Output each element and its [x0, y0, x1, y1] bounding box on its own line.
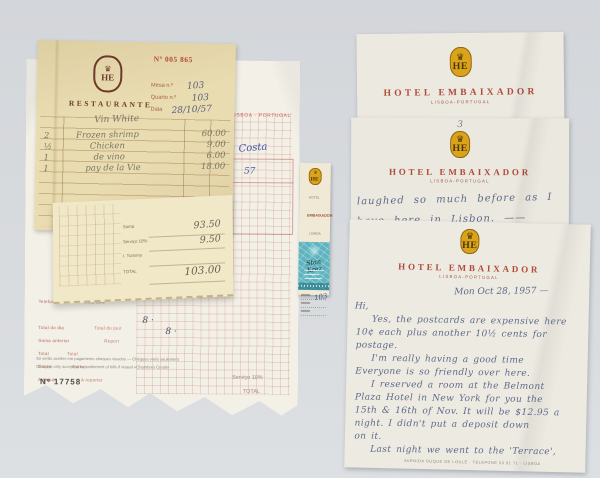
monogram: HE — [462, 241, 478, 251]
fine-print-line: Cheques only accepted for settlement of … — [36, 365, 185, 371]
tag-text: HOTEL — [309, 196, 320, 199]
item-qty: 1 — [44, 153, 50, 163]
monogram: HE — [311, 177, 319, 183]
tag-hotel-word: HOTEL — [299, 186, 330, 204]
label-fr: A reporter — [81, 377, 103, 382]
item-desc: de vino — [93, 152, 124, 162]
totals-label: Soma — [123, 225, 134, 230]
item-price: 9.00 — [184, 140, 226, 151]
form-serial-number: Nº 17758 — [40, 377, 81, 386]
tiny-text-line — [304, 274, 319, 275]
tiny-text-line — [304, 278, 322, 279]
item-qty: 1 — [43, 164, 49, 174]
bill-heading-note: Vin White — [94, 114, 139, 125]
grid-handwritten-figure: 8 · — [165, 327, 177, 337]
restaurant-crest-icon: ♛ HE — [93, 55, 123, 93]
letterhead-sheet-letter: ♛ HE HOTEL EMBAIXADOR LISBOA-PORTUGAL Mo… — [344, 219, 591, 472]
letterhead-title: HOTEL EMBAIXADOR — [349, 260, 590, 275]
letterhead-title: HOTEL EMBAIXADOR — [351, 167, 569, 178]
totals-label: Serviço 10% — [123, 239, 147, 244]
item-qty: ½ — [44, 142, 52, 152]
tag-text: LISBOA — [308, 232, 320, 235]
letter-body: Yes, the postcards are expensive here 10… — [354, 314, 583, 460]
label-pt: Soma anterior — [38, 338, 69, 343]
grid-handwritten-figure: 8 · — [142, 316, 154, 326]
label-pt: Total do dia — [38, 325, 64, 330]
folded-totals-slip: Soma 93.50 Serviço 10% 9.50 I. Turismo T… — [53, 195, 234, 304]
handwritten-date: Mon Oct 28, 1957 — — [454, 286, 548, 297]
crown-icon: ♛ — [313, 171, 317, 175]
field-label: Data — [151, 106, 163, 113]
totals-label: I. Turismo — [123, 253, 142, 258]
handwritten-name: Costa — [238, 141, 268, 154]
service-label: Serviço 10% — [232, 374, 263, 380]
slip-column-rules — [59, 204, 122, 287]
bill-serial-number: Nº 005 865 — [154, 54, 193, 64]
label-fr: Total du jour — [95, 326, 122, 331]
totals-label: TOTAL — [123, 270, 137, 275]
letterhead-subtitle: LISBOA-PORTUGAL — [394, 274, 543, 282]
salutation: Hi, — [355, 301, 369, 311]
item-price: 18.00 — [183, 162, 225, 173]
crown-icon: ♛ — [456, 52, 464, 61]
bill-field: Data 28/10/57 — [150, 98, 212, 117]
monogram: HE — [452, 144, 467, 154]
field-value: 28/10/57 — [172, 104, 213, 116]
photo-scene: 22 ADOR · LISBOA · PORTUGAL Costa da 19 … — [0, 0, 600, 478]
item-price: 60.00 — [184, 129, 226, 140]
tag-form-area: 103 — [298, 290, 329, 318]
letterhead-sheet-page3: 3 ♛ HE HOTEL EMBAIXADOR LISBOA-PORTUGAL … — [351, 118, 569, 237]
hotel-crest-icon: ♛ HE — [449, 47, 471, 77]
item-price: 6.00 — [183, 151, 225, 162]
label-fr: Report — [104, 339, 119, 344]
handwritten-guest-name: Stan Krez — [301, 257, 327, 274]
item-desc: Frozen shrimp — [76, 130, 139, 141]
hotel-crest-icon: ♛ HE — [309, 168, 322, 185]
monogram: HE — [453, 61, 469, 71]
handwriting-line: laughed so much before as I — [357, 192, 563, 208]
item-qty: 2 — [44, 131, 50, 141]
letter-line: Last night we went to the 'Terrace', — [354, 444, 581, 460]
tag-city-word: LISBOA — [299, 222, 330, 240]
tag-text: EMBAIXADOR — [307, 214, 332, 218]
tag-name-word: EMBAIXADOR — [299, 204, 330, 222]
tag-teal-label: Stan Krez — [298, 242, 330, 290]
fine-print: Só serão aceites em pagamento cheques vi… — [36, 355, 292, 373]
monogram: HE — [101, 73, 114, 82]
fine-print-line: Só serão aceites em pagamento cheques vi… — [36, 357, 185, 363]
tag-form-row — [301, 308, 326, 316]
crown-icon: ♛ — [456, 135, 464, 144]
crown-icon: ♛ — [466, 232, 474, 241]
total-label: TOTAL — [243, 388, 260, 394]
item-desc: pay de la Vie — [85, 163, 141, 174]
item-desc: Chicken — [90, 141, 125, 151]
hotel-crest-icon: ♛ HE — [450, 131, 470, 158]
totals-value: 93.50 — [147, 218, 221, 235]
hotel-crest-icon: ♛ HE — [460, 229, 480, 254]
page-number: 3 — [351, 120, 569, 131]
letterhead-title: HOTEL EMBAIXADOR — [357, 87, 564, 99]
letterhead-subtitle: LISBOA-PORTUGAL — [392, 179, 527, 184]
letterhead-footer: AVENIDA DUQUE DE LOULÉ · TELEFONE 53 01 … — [404, 459, 526, 466]
letterhead-subtitle: LISBOA-PORTUGAL — [397, 100, 525, 106]
luggage-tag: ♛ HE HOTEL EMBAIXADOR LISBOA Stan Krez 1… — [298, 163, 331, 295]
